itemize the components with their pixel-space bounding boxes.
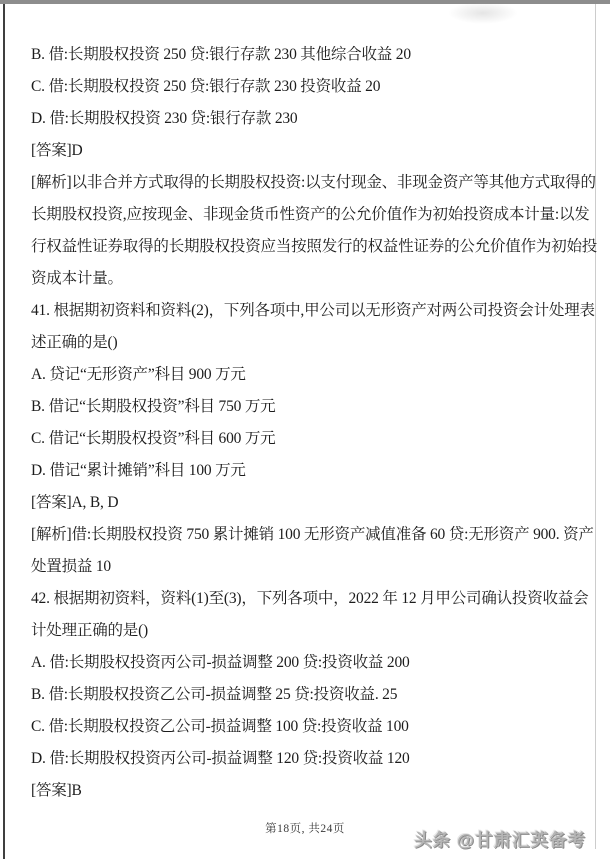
q41-option-c: C. 借记“长期股权投资”科目 600 万元 (31, 423, 597, 455)
scan-left-edge (3, 4, 5, 859)
q40-analysis-line-2: 长期股权投资,应按现金、非现金货币性资产的公允价值作为初始投资成本计量:以发 (31, 199, 597, 231)
q41-stem-line-2: 述正确的是() (31, 327, 597, 359)
watermark-text: 头条 @甘肃汇英备考 (414, 827, 586, 852)
q41-stem-line-1: 41. 根据期初资料和资料(2)，下列各项中,甲公司以无形资产对两公司投资会计处… (31, 295, 597, 327)
q42-stem-line-1: 42. 根据期初资料，资料(1)至(3)，下列各项中，2022 年 12 月甲公… (31, 583, 597, 615)
q41-answer: [答案]A, B, D (31, 487, 597, 519)
q40-analysis-line-1: [解析]以非合并方式取得的长期股权投资:以支付现金、非现金资产等其他方式取得的 (31, 167, 597, 199)
q42-option-a: A. 借:长期股权投资丙公司-损益调整 200 贷:投资收益 200 (31, 647, 597, 679)
q40-option-d: D. 借:长期股权投资 230 贷:银行存款 230 (31, 103, 597, 135)
q42-option-b: B. 借:长期股权投资乙公司-损益调整 25 贷:投资收益. 25 (31, 679, 597, 711)
q41-analysis-line-1: [解析]借:长期股权投资 750 累计摊销 100 无形资产减值准备 60 贷:… (31, 519, 597, 551)
scan-top-edge (0, 0, 610, 4)
document-body: B. 借:长期股权投资 250 贷:银行存款 230 其他综合收益 20 C. … (31, 39, 597, 807)
q41-analysis-line-2: 处置损益 10 (31, 551, 597, 583)
q42-option-d: D. 借:长期股权投资丙公司-损益调整 120 贷:投资收益 120 (31, 743, 597, 775)
document-page: B. 借:长期股权投资 250 贷:银行存款 230 其他综合收益 20 C. … (0, 0, 610, 859)
q41-option-b: B. 借记“长期股权投资”科目 750 万元 (31, 391, 597, 423)
q40-analysis-line-3: 行权益性证券取得的长期股权投资应当按照发行的权益性证券的公允价值作为初始投 (31, 231, 597, 263)
q40-option-b: B. 借:长期股权投资 250 贷:银行存款 230 其他综合收益 20 (31, 39, 597, 71)
q42-option-c: C. 借:长期股权投资乙公司-损益调整 100 贷:投资收益 100 (31, 711, 597, 743)
q40-option-c: C. 借:长期股权投资 250 贷:银行存款 230 投资收益 20 (31, 71, 597, 103)
q40-analysis-line-4: 资成本计量。 (31, 263, 597, 295)
q42-stem-line-2: 计处理正确的是() (31, 615, 597, 647)
q41-option-a: A. 贷记“无形资产”科目 900 万元 (31, 359, 597, 391)
q42-answer: [答案]B (31, 775, 597, 807)
q41-option-d: D. 借记“累计摊销”科目 100 万元 (31, 455, 597, 487)
scan-smudge (448, 2, 518, 24)
q40-answer: [答案]D (31, 135, 597, 167)
